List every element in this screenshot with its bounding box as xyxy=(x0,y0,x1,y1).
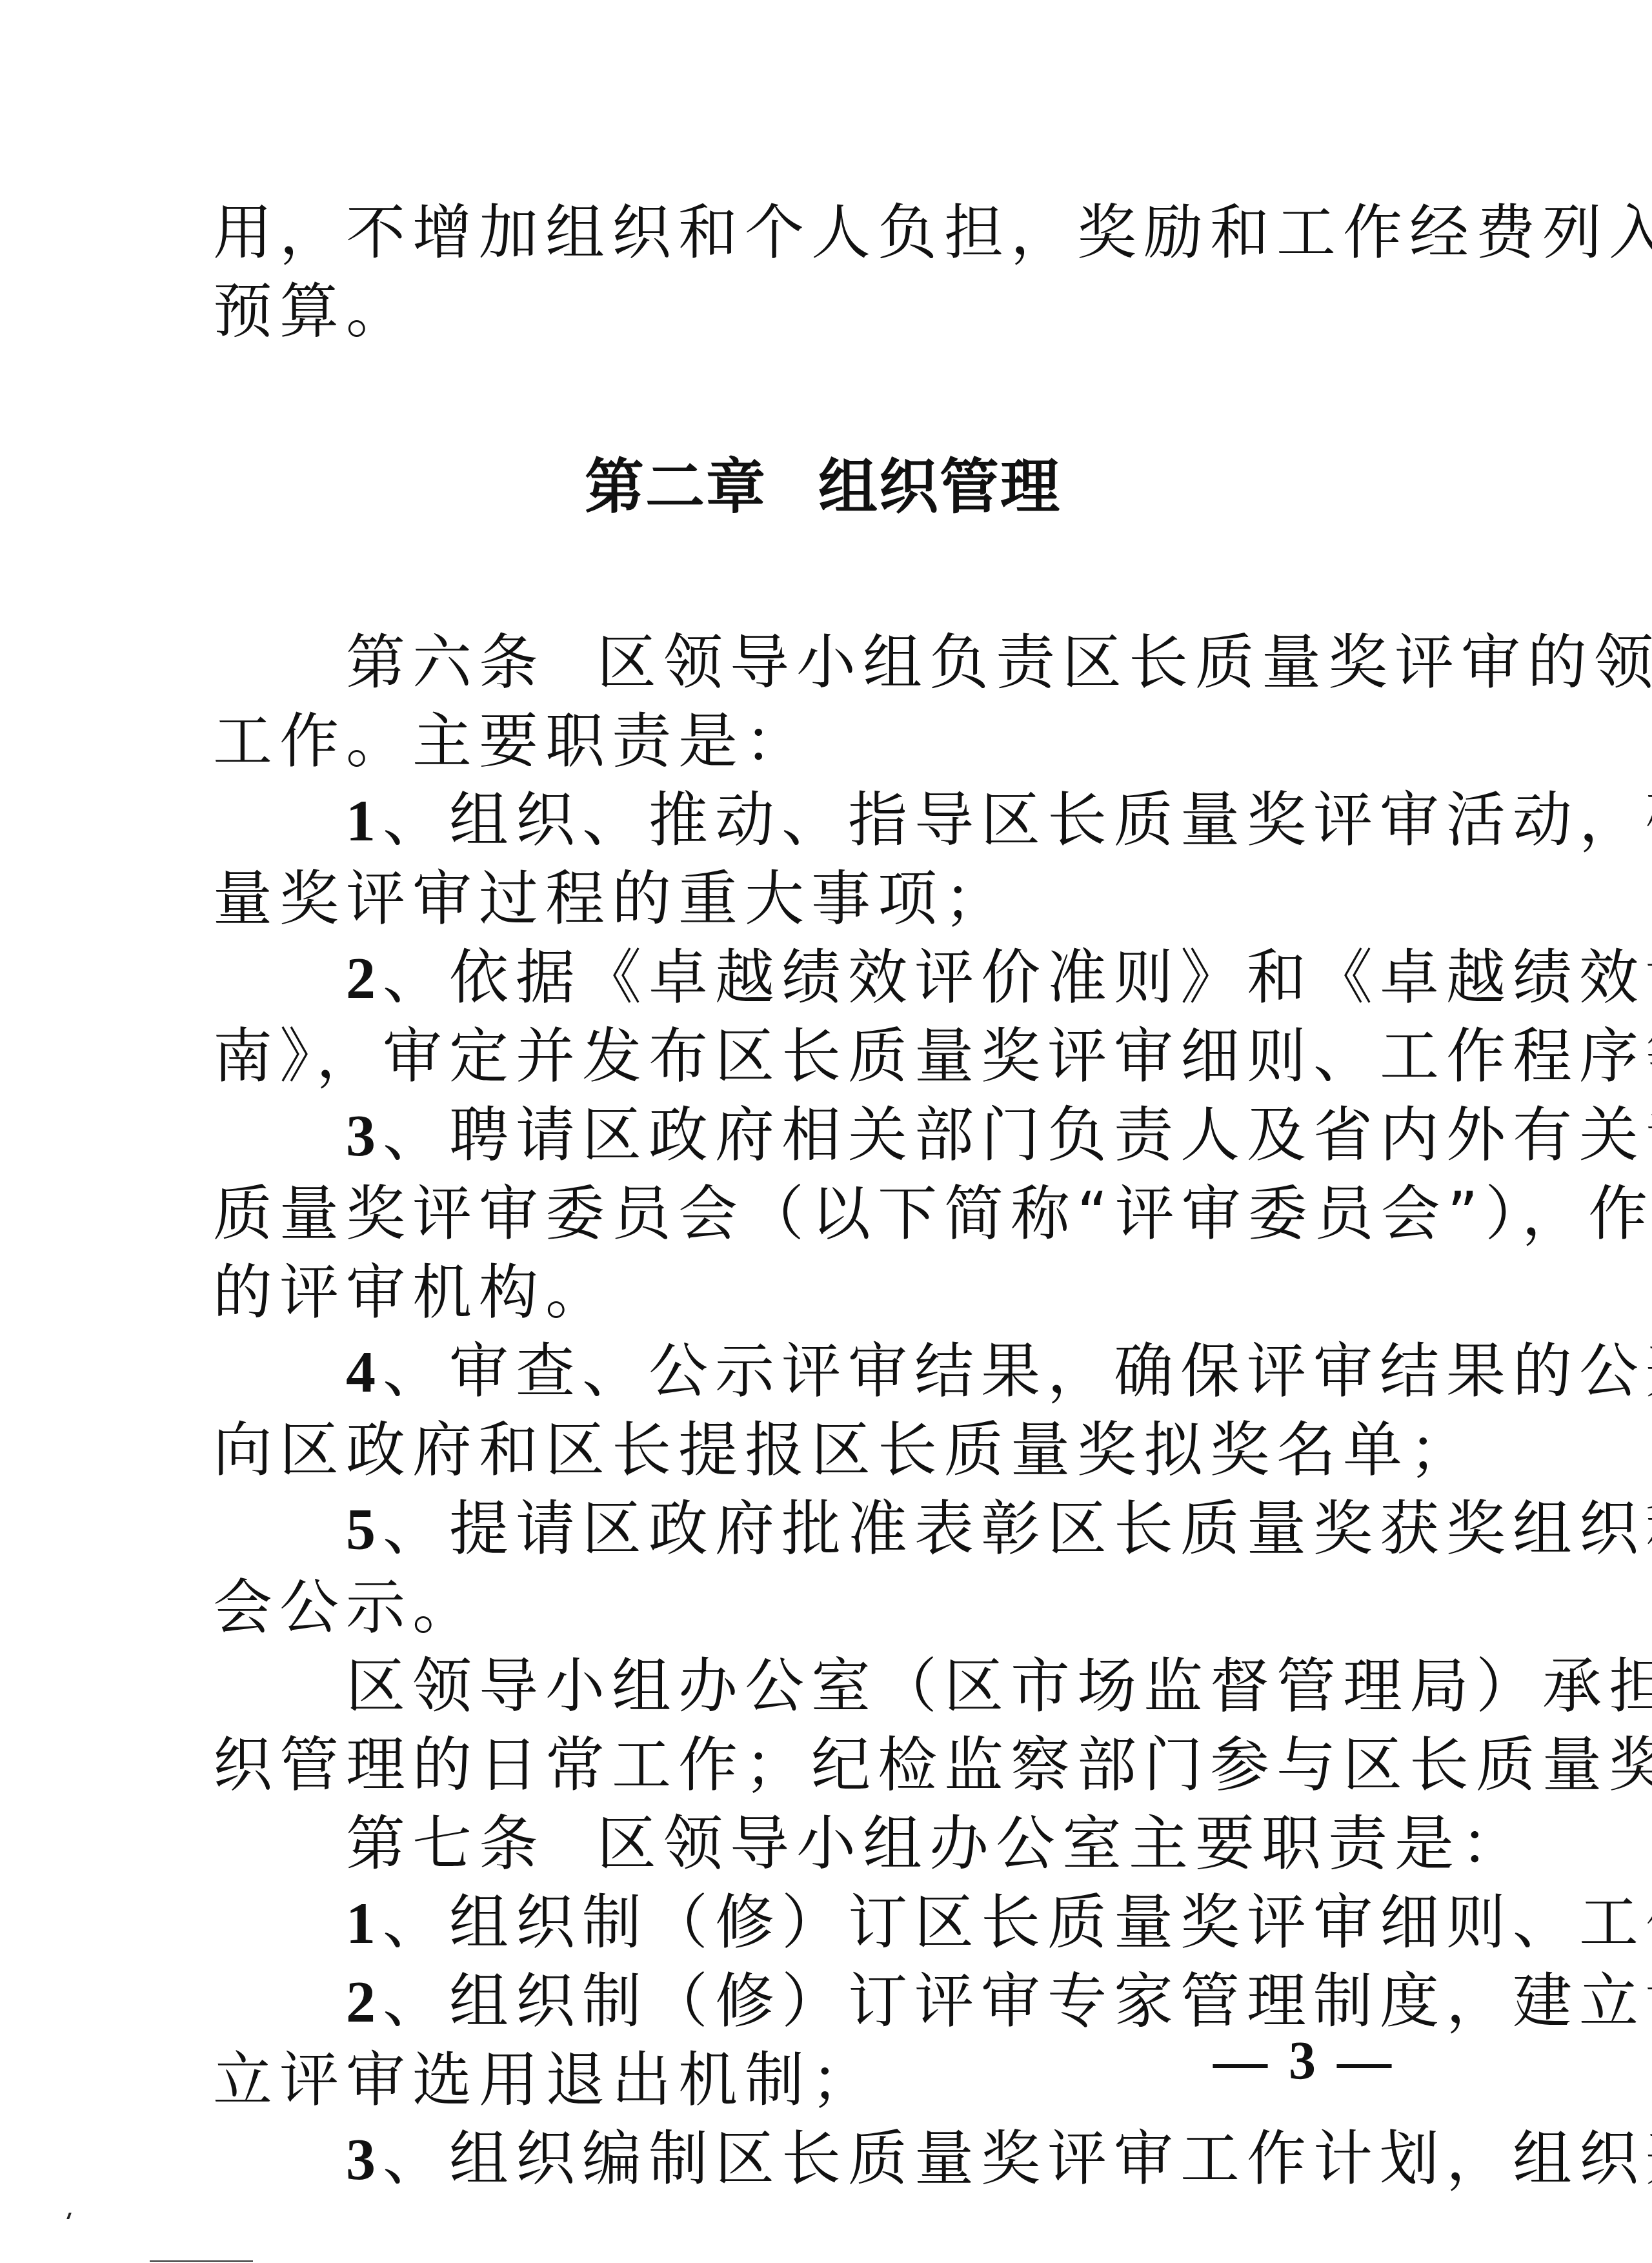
article-6-item-3-line-3: 的评审机构。 xyxy=(213,1253,1413,1332)
item-text: 、依据《卓越绩效评价准则》和《卓越绩效评价准则实施指 xyxy=(383,943,1652,1012)
item-text: 、组织制（修）订区长质量奖评审细则、工作程序等； xyxy=(383,1888,1652,1957)
item-text: 、审查、公示评审结果，确保评审结果的公开、公正和公平， xyxy=(383,1337,1652,1406)
article-7-item-1-line-1: 1、组织制（修）订区长质量奖评审细则、工作程序等； xyxy=(213,1883,1413,1962)
article-6-item-2-line-2: 南》，审定并发布区长质量奖评审细则、工作程序等工作规范； xyxy=(213,1017,1413,1096)
item-text: 、提请区政府批准表彰区长质量奖获奖组织和个人，并向社 xyxy=(383,1494,1652,1563)
article-7-item-2-line-1: 2、组织制（修）订评审专家管理制度，建立评审专家库，建 xyxy=(213,1962,1413,2041)
item-text: 、组织制（修）订评审专家管理制度，建立评审专家库，建 xyxy=(383,1967,1652,2036)
article-7-heading-line: 第七条区领导小组办公室主要职责是： xyxy=(213,1805,1413,1883)
page-number: — 3 — xyxy=(1213,2030,1395,2093)
spacer xyxy=(213,527,1413,624)
chapter-title: 组织管理 xyxy=(818,452,1061,522)
document-page: 用，不增加组织和个人负担，奖励和工作经费列入当年度区财政 预算。 第二章组织管理… xyxy=(213,194,1413,2198)
article-6-item-5-line-2: 会公示。 xyxy=(213,1568,1413,1647)
article-6-item-4-line-2: 向区政府和区长提报区长质量奖拟奖名单； xyxy=(213,1411,1413,1490)
item-number: 2 xyxy=(346,945,383,1011)
item-text: 、组织编制区长质量奖评审工作计划，组织开展区以外的质 xyxy=(383,2124,1652,2193)
item-number: 1 xyxy=(346,787,383,853)
office-paragraph-line-1: 区领导小组办公室（区市场监督管理局）承担区长质量奖组 xyxy=(213,1647,1413,1726)
scan-artifact-mark xyxy=(66,2213,72,2219)
spacer xyxy=(213,351,1413,448)
article-6-number: 第六条 xyxy=(346,624,545,702)
article-6-item-3-line-2: 质量奖评审委员会（以下简称“评审委员会”），作为区长质量奖 xyxy=(213,1175,1413,1253)
article-6-item-2-line-1: 2、依据《卓越绩效评价准则》和《卓越绩效评价准则实施指 xyxy=(213,939,1413,1017)
chapter-number: 第二章 xyxy=(585,452,767,522)
chapter-heading: 第二章组织管理 xyxy=(213,448,1413,527)
article-7-item-3-line-1: 3、组织编制区长质量奖评审工作计划，组织开展区以外的质 xyxy=(213,2120,1413,2198)
item-number: 5 xyxy=(346,1496,383,1562)
article-6-item-3-line-1: 3、聘请区政府相关部门负责人及省内外有关专家，成立区长 xyxy=(213,1096,1413,1175)
item-number: 1 xyxy=(346,1890,383,1956)
article-6-item-4-line-1: 4、审查、公示评审结果，确保评审结果的公开、公正和公平， xyxy=(213,1332,1413,1411)
item-number: 3 xyxy=(346,1102,383,1168)
item-text: 、组织、推动、指导区长质量奖评审活动，研究决定区长质 xyxy=(383,786,1652,855)
article-7-number: 第七条 xyxy=(346,1805,545,1883)
article-6-item-5-line-1: 5、提请区政府批准表彰区长质量奖获奖组织和个人，并向社 xyxy=(213,1490,1413,1568)
article-6-item-1-line-1: 1、组织、推动、指导区长质量奖评审活动，研究决定区长质 xyxy=(213,781,1413,860)
item-text: 、聘请区政府相关部门负责人及省内外有关专家，成立区长 xyxy=(383,1101,1652,1170)
continuation-line-2: 预算。 xyxy=(213,272,1413,351)
article-7-text-1: 区领导小组办公室主要职责是： xyxy=(597,1809,1527,1878)
article-6-text-1: 区领导小组负责区长质量奖评审的领导及组织管理 xyxy=(597,628,1652,697)
scan-artifact-line xyxy=(150,2260,253,2262)
office-paragraph-line-2: 织管理的日常工作；纪检监察部门参与区长质量奖评审的监督。 xyxy=(213,1726,1413,1805)
article-6-text-2: 工作。主要职责是： xyxy=(213,702,1413,781)
continuation-line-1: 用，不增加组织和个人负担，奖励和工作经费列入当年度区财政 xyxy=(213,194,1413,272)
item-number: 4 xyxy=(346,1339,383,1405)
item-number: 3 xyxy=(346,2126,383,2192)
article-6-item-1-line-2: 量奖评审过程的重大事项； xyxy=(213,860,1413,939)
article-6-heading-line: 第六条区领导小组负责区长质量奖评审的领导及组织管理 xyxy=(213,624,1413,702)
item-number: 2 xyxy=(346,1969,383,2035)
